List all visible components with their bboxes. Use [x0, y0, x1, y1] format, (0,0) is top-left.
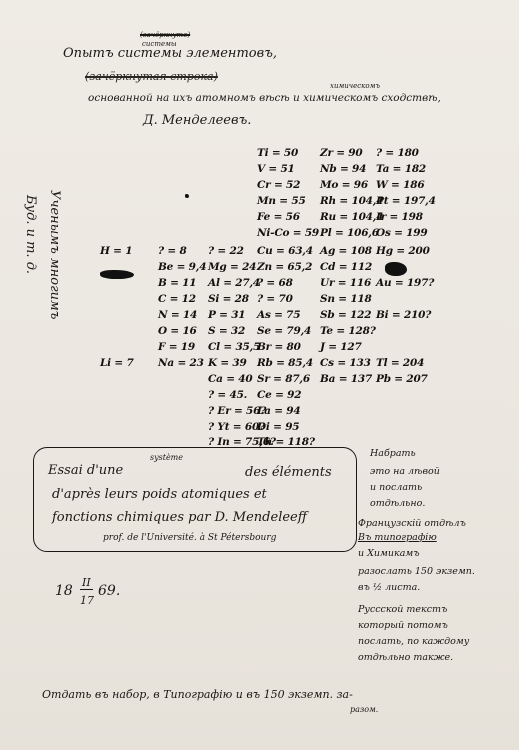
element-entry: J = 127 — [320, 341, 362, 353]
element-entry: Ta = 182 — [376, 163, 426, 175]
ink-blot — [100, 270, 134, 279]
element-entry: N = 14 — [158, 309, 197, 321]
header-insert-chemical: химическомъ — [330, 82, 380, 90]
element-entry: Cd = 112 — [320, 261, 372, 273]
ink-blot-2 — [385, 262, 407, 276]
box-line-2: d'après leurs poids atomiques et — [52, 487, 267, 502]
element-entry: As = 75 — [257, 309, 300, 321]
element-entry: H = 1 — [100, 245, 132, 257]
date-year-suffix: 69. — [98, 583, 120, 599]
element-entry: Ce = 92 — [257, 389, 301, 401]
manuscript-page: (зачёркнуто) системы Опытъ системы элеме… — [0, 0, 519, 750]
element-entry: Mg = 24 — [208, 261, 256, 273]
right-note-line: отдѣльно также. — [358, 652, 453, 663]
ink-dot — [185, 194, 189, 198]
box-line-3: fonctions chimiques par D. Mendeleeff — [52, 510, 307, 525]
element-entry: Si = 28 — [208, 293, 249, 305]
header-struck-above: (зачёркнуто) — [140, 31, 190, 39]
element-entry: V = 51 — [257, 163, 295, 175]
element-entry: Au = 197? — [376, 277, 434, 289]
right-note-line: отдѣльно. — [370, 498, 425, 509]
side-note-vertical-1: Ученымъ многимъ — [47, 190, 62, 319]
element-entry: ? = 180 — [376, 147, 419, 159]
date-year-prefix: 18 — [55, 583, 73, 599]
element-entry: Zn = 65,2 — [257, 261, 312, 273]
box-insert-systeme: système — [150, 453, 183, 462]
element-entry: Pb = 207 — [376, 373, 428, 385]
element-entry: Ca = 40 — [208, 373, 252, 385]
element-entry: Pl = 106,6 — [320, 227, 379, 239]
element-entry: Ba = 137 — [320, 373, 372, 385]
right-note-line: въ ½ листа. — [358, 582, 420, 593]
element-entry: Rh = 104,4 — [320, 195, 383, 207]
element-entry: W = 186 — [376, 179, 424, 191]
element-entry: Sr = 87,6 — [257, 373, 310, 385]
element-entry: Ti = 50 — [257, 147, 298, 159]
element-entry: Se = 79,4 — [257, 325, 311, 337]
element-entry: ? = 22 — [208, 245, 244, 257]
right-note-line: Набрать — [370, 448, 416, 459]
element-entry: Cs = 133 — [320, 357, 371, 369]
element-entry: Cu = 63,4 — [257, 245, 313, 257]
element-entry: Na = 23 — [158, 357, 204, 369]
element-entry: ? Er = 56? — [208, 405, 266, 417]
header-line-3: основанной на ихъ атомномъ вѣсѣ и химиче… — [88, 92, 441, 104]
element-entry: C = 12 — [158, 293, 196, 305]
right-note-line: Въ типографію — [358, 532, 437, 543]
element-entry: Sn = 118 — [320, 293, 372, 305]
element-entry: Ur = 116 — [320, 277, 371, 289]
box-line-4: prof. de l'Université. à St Pétersbourg — [103, 533, 276, 543]
element-entry: ? = 70 — [257, 293, 293, 305]
element-entry: ? = 68 — [257, 277, 293, 289]
box-line-1b: des éléments — [245, 465, 332, 480]
right-note-line: это на лѣвой — [370, 466, 440, 477]
element-entry: Hg = 200 — [376, 245, 430, 257]
right-note-line: Французскій отдѣлъ — [358, 518, 466, 529]
side-note-vertical-2: Буд. и т. д. — [23, 195, 38, 274]
date-month: II — [80, 576, 93, 590]
element-entry: Tl = 204 — [376, 357, 424, 369]
element-entry: Pt = 197,4 — [376, 195, 436, 207]
header-struck-line: (зачёркнутая строка) — [85, 70, 285, 83]
author-signature: Д. Менделеевъ. — [143, 113, 251, 128]
right-note-line: Руссской текстъ — [358, 604, 447, 615]
element-entry: Sb = 122 — [320, 309, 371, 321]
element-entry: Cl = 35,5 — [208, 341, 260, 353]
header-line-1: Опытъ системы элементовъ, — [63, 46, 277, 61]
element-entry: ? = 45. — [208, 389, 247, 401]
element-entry: Ir = 198 — [376, 211, 423, 223]
element-entry: Zr = 90 — [320, 147, 363, 159]
footer-line: Отдать въ набор, в Типографію и въ 150 э… — [42, 688, 353, 701]
right-note-line: который потомъ — [358, 620, 448, 631]
element-entry: Li = 7 — [100, 357, 134, 369]
right-note-line: разослать 150 экземп. — [358, 566, 475, 577]
element-entry: Te = 128? — [320, 325, 376, 337]
element-entry: K = 39 — [208, 357, 247, 369]
element-entry: Os = 199 — [376, 227, 428, 239]
element-entry: Fe = 56 — [257, 211, 300, 223]
right-note-line: послать, по каждому — [358, 636, 469, 647]
element-entry: P = 31 — [208, 309, 245, 321]
element-entry: ? Yt = 60? — [208, 421, 265, 433]
footer-line-2: разом. — [350, 705, 378, 714]
element-entry: Al = 27,4 — [208, 277, 260, 289]
right-note-line: и послать — [370, 482, 422, 493]
element-entry: B = 11 — [158, 277, 196, 289]
element-entry: Bi = 210? — [376, 309, 431, 321]
element-entry: Ru = 104,4 — [320, 211, 383, 223]
element-entry: Ni-Co = 59 — [257, 227, 319, 239]
element-entry: Rb = 85,4 — [257, 357, 313, 369]
right-note-line: и Химикамъ — [358, 548, 420, 559]
element-entry: Be = 9,4 — [158, 261, 206, 273]
element-entry: Nb = 94 — [320, 163, 366, 175]
element-entry: Mn = 55 — [257, 195, 306, 207]
element-entry: S = 32 — [208, 325, 245, 337]
element-entry: Cr = 52 — [257, 179, 300, 191]
element-entry: Mo = 96 — [320, 179, 368, 191]
element-entry: O = 16 — [158, 325, 197, 337]
element-entry: Br = 80 — [257, 341, 301, 353]
element-entry: F = 19 — [158, 341, 195, 353]
box-line-1a: Essai d'une — [48, 463, 123, 478]
element-entry: ? = 8 — [158, 245, 187, 257]
element-entry: Ag = 108 — [320, 245, 372, 257]
date-day: 17 — [80, 594, 94, 607]
